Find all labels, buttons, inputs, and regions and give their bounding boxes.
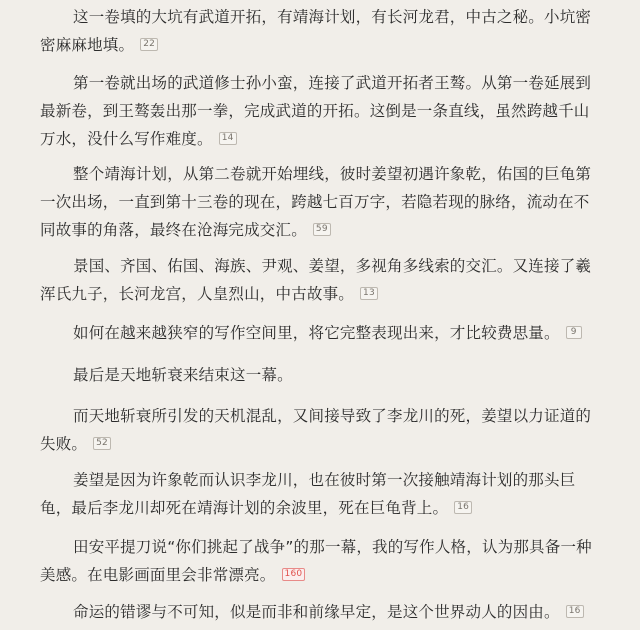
paragraph: 如何在越来越狭窄的写作空间里，将它完整表现出来，才比较费思量。9 (40, 319, 600, 347)
paragraph-text: 第一卷就出场的武道修士孙小蛮，连接了武道开拓者王骜。从第一卷延展到最新卷，到王骜… (40, 74, 591, 148)
paragraph-text: 如何在越来越狭窄的写作空间里，将它完整表现出来，才比较费思量。 (73, 324, 560, 342)
reader-page: 这一卷填的大坑有武道开拓，有靖海计划，有长河龙君，中古之秘。小坑密密麻麻地填。2… (0, 0, 640, 630)
paragraph-text: 而天地斩衰所引发的天机混乱，又间接导致了李龙川的死，姜望以力证道的失败。 (40, 407, 591, 453)
paragraph: 田安平提刀说“你们挑起了战争”的那一幕，我的写作人格，认为那具备一种美感。在电影… (40, 533, 600, 589)
paragraph-text: 最后是天地斩衰来结束这一幕。 (73, 366, 293, 384)
paragraph: 最后是天地斩衰来结束这一幕。 (40, 361, 600, 389)
paragraph: 而天地斩衰所引发的天机混乱，又间接导致了李龙川的死，姜望以力证道的失败。52 (40, 402, 600, 458)
paragraph-text: 命运的错谬与不可知，似是而非和前缘早定，是这个世界动人的因由。 (73, 603, 560, 621)
comment-count-badge[interactable]: 52 (93, 437, 111, 450)
paragraph-text: 这一卷填的大坑有武道开拓，有靖海计划，有长河龙君，中古之秘。小坑密密麻麻地填。 (40, 8, 591, 54)
paragraph: 命运的错谬与不可知，似是而非和前缘早定，是这个世界动人的因由。16 (40, 598, 600, 626)
comment-count-badge[interactable]: 13 (360, 287, 378, 300)
comment-count-badge-hot[interactable]: 160 (282, 568, 306, 581)
paragraph: 第一卷就出场的武道修士孙小蛮，连接了武道开拓者王骜。从第一卷延展到最新卷，到王骜… (40, 69, 600, 153)
paragraph: 这一卷填的大坑有武道开拓，有靖海计划，有长河龙君，中古之秘。小坑密密麻麻地填。2… (40, 3, 600, 59)
comment-count-badge[interactable]: 14 (219, 132, 237, 145)
comment-count-badge[interactable]: 9 (566, 326, 582, 339)
paragraph-text: 姜望是因为许象乾而认识李龙川，也在彼时第一次接触靖海计划的那头巨龟，最后李龙川却… (40, 471, 575, 517)
paragraph-text: 景国、齐国、佑国、海族、尹观、姜望，多视角多线索的交汇。又连接了羲浑氏九子，长河… (40, 257, 591, 303)
paragraph: 整个靖海计划，从第二卷就开始埋线，彼时姜望初遇许象乾，佑国的巨龟第一次出场，一直… (40, 160, 600, 244)
comment-count-badge[interactable]: 59 (313, 223, 331, 236)
comment-count-badge[interactable]: 16 (566, 605, 584, 618)
paragraph-text: 田安平提刀说“你们挑起了战争”的那一幕，我的写作人格，认为那具备一种美感。在电影… (40, 538, 592, 584)
comment-count-badge[interactable]: 22 (140, 38, 158, 51)
paragraph: 景国、齐国、佑国、海族、尹观、姜望，多视角多线索的交汇。又连接了羲浑氏九子，长河… (40, 252, 600, 308)
comment-count-badge[interactable]: 16 (454, 501, 472, 514)
paragraph: 姜望是因为许象乾而认识李龙川，也在彼时第一次接触靖海计划的那头巨龟，最后李龙川却… (40, 466, 600, 522)
